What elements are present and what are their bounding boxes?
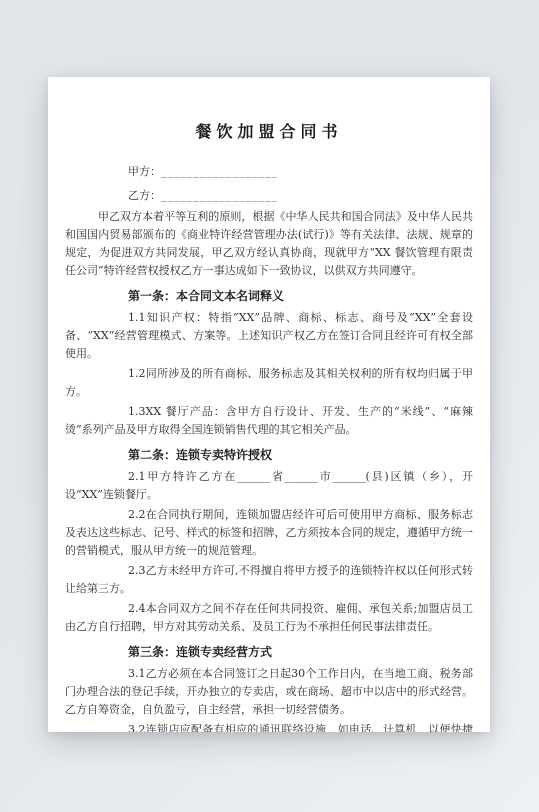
party-b-label: 乙方： — [128, 189, 161, 202]
party-b-blank-field: __________________ — [161, 189, 278, 202]
section-1-heading: 第一条：本合同文本名词释义 — [128, 287, 473, 305]
clause-2-1: 2.1甲方特许乙方在______省______市______(县)区镇（乡），开… — [65, 468, 473, 504]
section-3-heading: 第三条：连锁专卖经营方式 — [128, 643, 473, 661]
party-a-label: 甲方： — [128, 165, 161, 178]
clause-1-2: 1.2同所涉及的所有商标、服务标志及其相关权利的所有权均归属于甲方。 — [65, 365, 473, 401]
clause-2-4: 2.4本合同双方之间不存在任何共同投资、雇佣、承包关系;加盟店员工由乙方自行招聘… — [65, 600, 473, 636]
preamble-paragraph: 甲乙双方本着平等互利的原则，根据《中华人民共和国合同法》及中华人民共和国国内贸易… — [65, 208, 473, 280]
document-title: 餐饮加盟合同书 — [65, 119, 473, 142]
clause-2-3: 2.3乙方未经甲方许可,不得擅自将甲方授予的连锁特许权以任何形式转让给第三方。 — [65, 562, 473, 598]
contract-page: 餐饮加盟合同书 甲方：__________________ 乙方：_______… — [48, 77, 490, 732]
party-b-line: 乙方：__________________ — [128, 184, 473, 208]
contract-body: 甲乙双方本着平等互利的原则，根据《中华人民共和国合同法》及中华人民共和国国内贸易… — [65, 208, 473, 732]
clause-1-1: 1.1知识产权：特指“XX”品牌、商标、标志、商号及“XX”全套设备、“XX”经… — [65, 309, 473, 363]
clause-1-3: 1.3XX 餐厅产品：含甲方自行设计、开发、生产的“米线”、“麻辣烫”系列产品及… — [65, 403, 473, 439]
clause-3-2: 3.2连锁店应配备有相应的通讯联络设施，如电话、计算机，以便快捷收发相应的商务文… — [65, 721, 473, 732]
clause-3-1: 3.1乙方必须在本合同签订之日起30个工作日内，在当地工商、税务部门办理合法的登… — [65, 665, 473, 719]
party-a-line: 甲方：__________________ — [128, 160, 473, 184]
party-a-blank-field: __________________ — [161, 165, 278, 178]
clause-2-2: 2.2在合同执行期间，连锁加盟店经许可后可使用甲方商标、服务标志及表达这些标志、… — [65, 506, 473, 560]
section-2-heading: 第二条：连锁专卖特许授权 — [128, 446, 473, 464]
